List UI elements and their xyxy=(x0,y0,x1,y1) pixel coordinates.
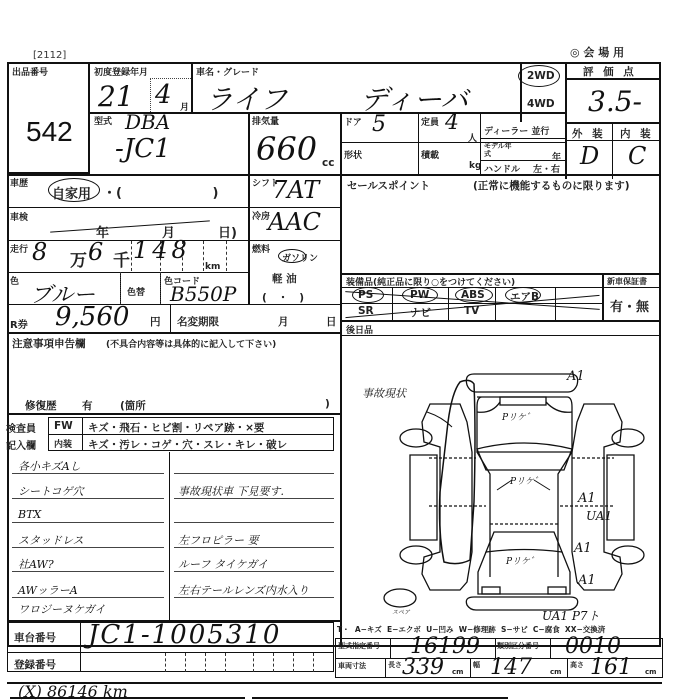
exterior-value: D xyxy=(580,142,599,170)
body-shape-label: 形状 xyxy=(344,148,362,161)
interior-label: 内 装 xyxy=(620,126,654,141)
car-damage-diagram: 事故現状 A1 Pリケ゛ Pリケ゛ A1 UA1 A1 Pリケ゛ A1 UA1 … xyxy=(342,352,700,624)
fuel-label: 燃料 xyxy=(252,242,270,255)
mileage-label: 走行 xyxy=(10,242,28,255)
grade-score-label: 評 価 点 xyxy=(583,64,637,79)
drive-2wd: 2WD xyxy=(527,70,555,82)
inspection-label: 車検 xyxy=(10,210,28,223)
exterior-label: 外 装 xyxy=(572,126,606,141)
svg-text:UA1 P7ト: UA1 P7ト xyxy=(542,609,600,623)
first-registration-year: 21 xyxy=(98,80,134,113)
remark-left-7: ワロジーヌケガイ xyxy=(18,601,105,617)
doors-value: 5 xyxy=(372,112,386,137)
usage-label: 車歴 xyxy=(10,176,28,189)
lot-label: 出品番号 xyxy=(12,65,48,78)
capacity-label: 定員 xyxy=(421,115,439,128)
model-name-label: 車名・グレード xyxy=(196,65,259,78)
dealer-label: ディーラー 並行 xyxy=(484,124,549,137)
inspector-label-2: 記入欄 xyxy=(6,437,36,452)
svg-text:A1: A1 xyxy=(566,369,585,384)
displacement-label: 排気量 xyxy=(252,114,279,127)
width-value: 147 xyxy=(490,655,532,680)
mileage-rest: 148 xyxy=(133,236,191,264)
fuel-diesel: 軽 油 xyxy=(272,271,297,286)
first-registration-month: 4 xyxy=(155,80,172,110)
usage-selected: 自家用 xyxy=(52,183,91,202)
chassis-value: JC1-1005310 xyxy=(88,620,281,650)
capacity-value: 4 xyxy=(445,110,459,135)
form-code: [2112] xyxy=(33,50,66,61)
diagram-callout: 事故現状 xyxy=(362,387,408,400)
fw-label: FW xyxy=(54,420,73,432)
height-value: 161 xyxy=(590,655,632,680)
remark-left-6: AWッラーA xyxy=(18,582,78,598)
svg-text:A1: A1 xyxy=(573,541,592,556)
model-code-value: -JC1 xyxy=(115,134,171,164)
interior-items: キズ・汚レ・コゲ・穴・スレ・キレ・破レ xyxy=(88,437,287,452)
remark-right-6: 左右テールレンズ内水入り xyxy=(178,582,309,598)
displacement-value: 660 xyxy=(256,130,317,168)
first-registration-label: 初度登録年月 xyxy=(94,65,148,78)
remark-left-5: 社AW? xyxy=(18,556,54,572)
class-label: 類別区分番号 xyxy=(497,641,539,651)
svg-text:Pリケ゛: Pリケ゛ xyxy=(505,556,539,567)
svg-text:A1: A1 xyxy=(577,491,596,506)
fw-items: キズ・飛石・ヒビ割・リペア跡・×要 xyxy=(88,420,264,435)
grade-score-value: 3.5- xyxy=(588,85,642,118)
model-year-label: モデル年式 xyxy=(484,142,514,158)
svg-text:UA1: UA1 xyxy=(586,509,612,523)
remark-right-5: ルーフ タイケガイ xyxy=(178,556,268,572)
equip-navi: ナビ xyxy=(410,305,431,320)
model-code-prefix: DBA xyxy=(125,110,170,134)
registration-label: 登録番号 xyxy=(14,657,56,672)
aircon-value: AAC xyxy=(268,208,321,236)
warranty-label: 新車保証書 xyxy=(607,276,647,287)
warranty-options: 有・無 xyxy=(610,296,649,315)
interior-value: C xyxy=(628,142,646,170)
remark-right-2: 事故現状車 下見要す. xyxy=(178,483,284,499)
type-cert-label: 型式指定番号 xyxy=(338,641,380,651)
notes-sub: (不具合内容等は具体的に記入して下さい) xyxy=(106,337,276,350)
model-code-label: 型式 xyxy=(94,114,112,127)
interior-row-label: 内装 xyxy=(54,437,72,450)
fuel-gasoline: ガソリン xyxy=(282,251,318,264)
remark-left-2: シートコゲ穴 xyxy=(18,483,84,499)
recycle-label: R券 xyxy=(10,316,28,331)
repair-history-label: 修復歴 xyxy=(25,398,57,413)
svg-text:Pリケ゛: Pリケ゛ xyxy=(509,476,543,487)
notes-label: 注意事項申告欄 xyxy=(12,336,86,351)
recycle-value: 9,560 xyxy=(55,302,129,332)
venue-header: ◎ 会 場 用 xyxy=(570,44,624,60)
dimensions-label: 車両寸法 xyxy=(338,661,366,671)
remark-left-1: 各小キズAし xyxy=(18,458,81,474)
length-value: 339 xyxy=(402,655,444,680)
shift-value: 7AT xyxy=(272,176,319,204)
color-code-value: B550P xyxy=(170,282,236,306)
remark-left-3: BTX xyxy=(18,508,41,521)
sales-point-label: セールスポイント xyxy=(347,178,430,193)
drive-4wd: 4WD xyxy=(527,98,555,110)
doors-label: ドア xyxy=(344,115,362,128)
chassis-label: 車台番号 xyxy=(14,630,56,645)
svg-text:スペア: スペア xyxy=(392,609,411,616)
remark-right-4: 左フロピラー 要 xyxy=(178,532,259,548)
color-label: 色 xyxy=(10,274,19,287)
svg-text:Pリケ゛: Pリケ゛ xyxy=(501,412,535,423)
inspector-label-1: 検査員 xyxy=(6,420,36,435)
color-change-label: 色替 xyxy=(127,285,145,298)
equip-ps: PS xyxy=(358,289,373,301)
svg-text:A1: A1 xyxy=(577,573,596,588)
name-change-label: 名変期限 xyxy=(177,314,219,329)
load-label: 積載 xyxy=(421,148,439,161)
sales-point-note: (正常に機能するものに限ります) xyxy=(473,178,630,193)
remark-left-4: スタッドレス xyxy=(18,532,84,548)
lot-number: 542 xyxy=(26,116,73,148)
